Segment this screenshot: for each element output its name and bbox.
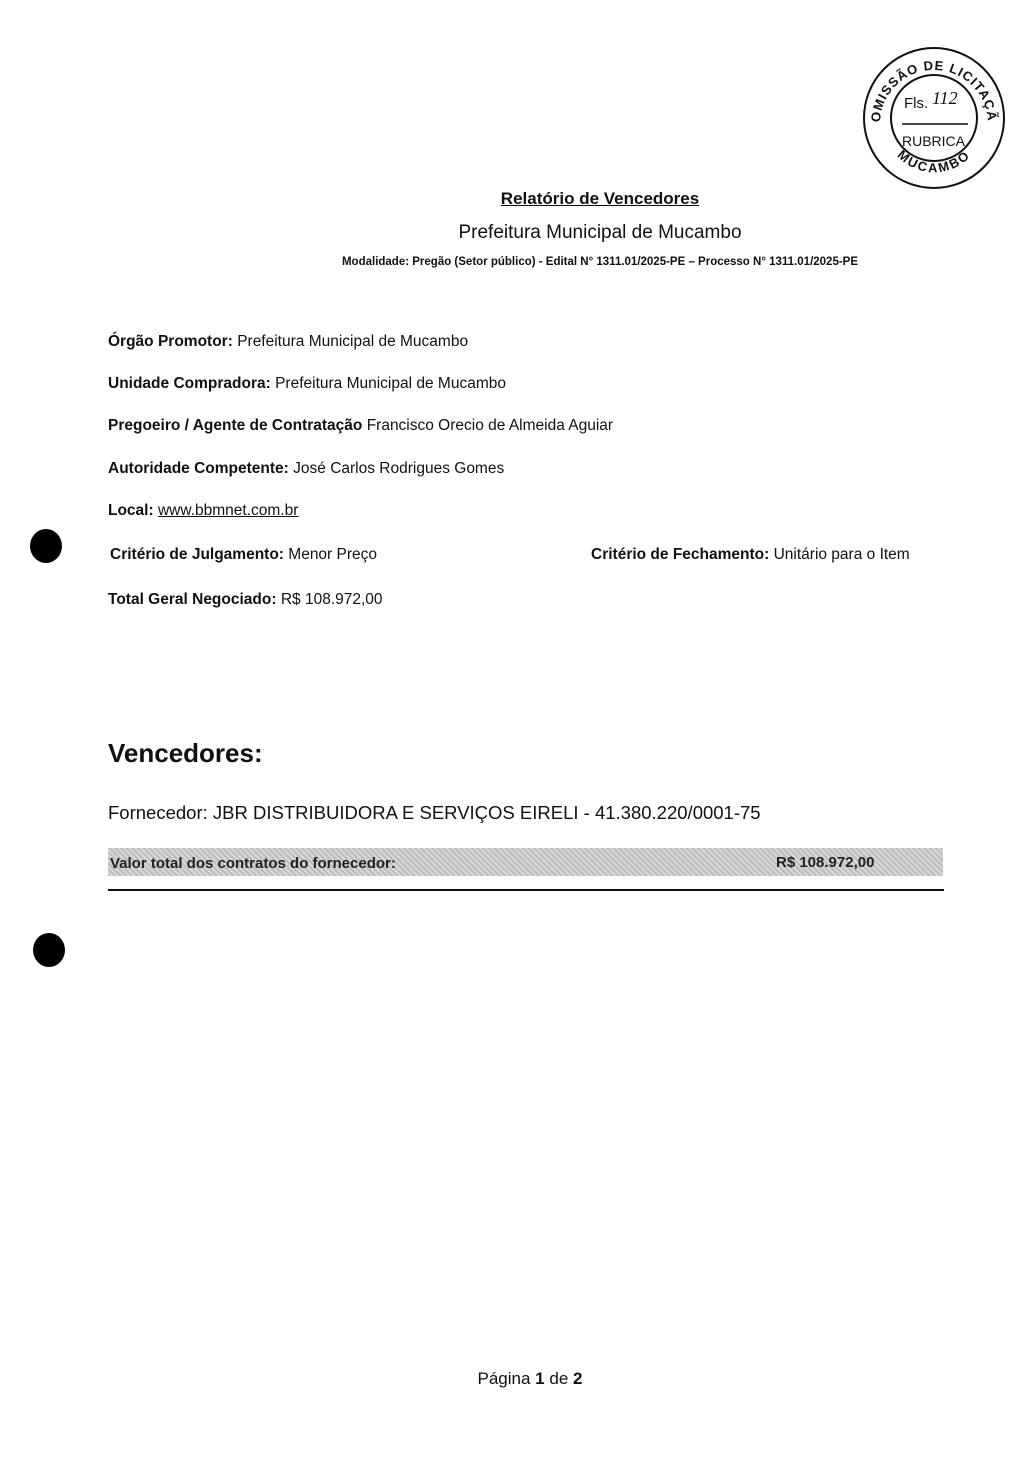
field-pregoeiro: Pregoeiro / Agente de Contratação Franci… [108, 417, 613, 435]
supplier-total-value: R$ 108.972,00 [776, 854, 874, 871]
svg-text:MUCAMBO: MUCAMBO [895, 147, 974, 175]
field-total-geral: Total Geral Negociado: R$ 108.972,00 [108, 591, 383, 609]
field-label: Autoridade Competente: [108, 460, 289, 477]
field-local: Local: www.bbmnet.com.br [108, 502, 298, 520]
field-unidade-compradora: Unidade Compradora: Prefeitura Municipal… [108, 375, 506, 393]
svg-text:COMISSÃO DE LICITAÇÃO: COMISSÃO DE LICITAÇÃO [862, 46, 1000, 123]
field-label: Local: [108, 502, 154, 519]
svg-text:RUBRICA: RUBRICA [902, 133, 966, 149]
page-prefix: Página [478, 1369, 531, 1388]
punch-hole-icon [30, 529, 62, 563]
field-criterio-fechamento: Critério de Fechamento: Unitário para o … [591, 546, 910, 564]
winners-heading: Vencedores: [108, 738, 263, 769]
field-label: Critério de Julgamento: [110, 546, 284, 563]
punch-hole-icon [33, 933, 65, 967]
field-autoridade: Autoridade Competente: José Carlos Rodri… [108, 460, 504, 478]
field-label: Órgão Promotor: [108, 333, 233, 350]
supplier-total-label: Valor total dos contratos do fornecedor: [110, 855, 396, 872]
svg-text:Fls.: Fls. [904, 95, 928, 112]
field-value: R$ 108.972,00 [281, 591, 383, 608]
field-label: Critério de Fechamento: [591, 546, 769, 563]
local-link[interactable]: www.bbmnet.com.br [158, 502, 298, 519]
page-current: 1 [535, 1369, 544, 1388]
report-title: Relatório de Vencedores [0, 189, 1020, 209]
field-value: José Carlos Rodrigues Gomes [293, 460, 504, 477]
field-value: Unitário para o Item [774, 546, 910, 563]
commission-stamp: COMISSÃO DE LICITAÇÃO MUCAMBO Fls. 112 R… [862, 46, 1006, 190]
modality-line: Modalidade: Pregão (Setor público) - Edi… [0, 256, 1020, 268]
field-orgao-promotor: Órgão Promotor: Prefeitura Municipal de … [108, 333, 468, 351]
supplier-total-bar: Valor total dos contratos do fornecedor:… [108, 848, 943, 876]
field-criterio-julgamento: Critério de Julgamento: Menor Preço [110, 546, 377, 564]
field-label: Pregoeiro / Agente de Contratação [108, 417, 362, 434]
field-value: Prefeitura Municipal de Mucambo [237, 333, 468, 350]
supplier-line: Fornecedor: JBR DISTRIBUIDORA E SERVIÇOS… [108, 802, 761, 824]
page-total: 2 [573, 1369, 582, 1388]
field-value: Francisco Orecio de Almeida Aguiar [367, 417, 613, 434]
divider [108, 889, 944, 891]
field-value: Menor Preço [288, 546, 377, 563]
field-value: Prefeitura Municipal de Mucambo [275, 375, 506, 392]
page-number: Página 1 de 2 [0, 1369, 1020, 1389]
field-label: Total Geral Negociado: [108, 591, 277, 608]
field-label: Unidade Compradora: [108, 375, 271, 392]
stamp-seal-icon: COMISSÃO DE LICITAÇÃO MUCAMBO Fls. 112 R… [862, 46, 1006, 190]
page-sep: de [549, 1369, 568, 1388]
svg-text:112: 112 [932, 88, 958, 108]
report-subtitle: Prefeitura Municipal de Mucambo [0, 222, 1020, 244]
